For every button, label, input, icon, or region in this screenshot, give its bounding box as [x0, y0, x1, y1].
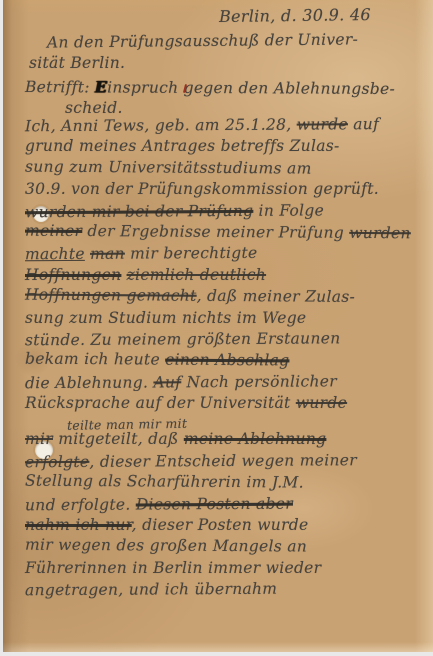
handwritten-text: , dieser Entscheid wegen meiner [89, 451, 357, 471]
handwritten-text: der Ergebnisse meiner Prüfung [82, 222, 349, 242]
handwritten-line: und erfolgte. Diesen Posten aber [25, 493, 429, 517]
struck-text: Diesen Posten aber [136, 494, 293, 513]
recipient-line-1: An den Prüfungsausschuß der Univer- [47, 32, 358, 51]
struck-text: man [90, 245, 125, 263]
handwritten-line: meiner der Ergebnisse meiner Prüfung wur… [25, 222, 429, 246]
handwritten-line: erfolgte, dieser Entscheid wegen meiner [25, 451, 429, 475]
handwritten-line: sung zum Studium nichts im Wege [25, 309, 429, 330]
handwritten-text: Rücksprache auf der Universität [25, 394, 296, 412]
handwritten-text: in Folge [253, 201, 324, 219]
handwritten-text: auf [348, 115, 379, 133]
handwritten-line: Führerinnen in Berlin immer wieder [25, 559, 429, 580]
handwritten-text: , dieser Posten wurde [132, 516, 309, 534]
handwritten-text: und erfolgte. [25, 495, 136, 514]
struck-text: wurde [296, 394, 347, 412]
handwritten-text: Stellung als Scharführerin im J.M. [25, 472, 304, 492]
handwritten-text: sung zum Studium nichts im Wege [25, 309, 306, 327]
struck-text: meine Ablehnung [184, 430, 327, 448]
handwritten-line: sung zum Universitätsstudiums am [25, 157, 429, 181]
handwritten-text: mir wegen des großen Mangels an [25, 536, 307, 556]
overwritten-initial: E [95, 77, 107, 96]
subject-line: Betrifft: Einspruch gegen den Ablehnungs… [25, 79, 395, 97]
struck-text: meiner [25, 222, 82, 240]
scanned-handwritten-letter: { "header": { "date": "Berlin, d. 30.9. … [0, 0, 433, 656]
letter-body: Ich, Anni Tews, geb. am 25.1.28, wurde a… [25, 116, 429, 602]
handwritten-line: 30.9. von der Prüfungskommission geprüft… [25, 180, 429, 201]
handwritten-text: Ich, Anni Tews, geb. am 25.1.28, [25, 116, 297, 136]
struck-text: wurden mir bei der Prüfung [25, 201, 253, 220]
handwritten-line: Ich, Anni Tews, geb. am 25.1.28, wurde a… [25, 115, 429, 139]
handwritten-text: 30.9. von der Prüfungskommission geprüft… [25, 180, 379, 198]
subject-prefix: Betrifft: [25, 78, 95, 96]
recipient-line-2: sität Berlin. [29, 56, 125, 72]
handwritten-line: Hoffnungen gemacht, daß meiner Zulas- [25, 286, 429, 310]
struck-text: Auf [153, 373, 181, 391]
struck-text: wurden [349, 224, 411, 242]
handwritten-text: mir berechtigte [125, 244, 258, 263]
struck-text: erfolgte [25, 453, 89, 471]
handwritten-line: mir mitgeteilt, daß meine Ablehnung [25, 430, 429, 451]
handwritten-line: bekam ich heute einen Abschlag [25, 350, 429, 374]
handwritten-text: angetragen, und ich übernahm [25, 580, 277, 600]
struck-text: Hoffnungen [25, 266, 121, 284]
struck-text: wurde [297, 115, 348, 133]
underlined-text: machte [25, 245, 85, 263]
handwritten-text: Führerinnen in Berlin immer wieder [25, 559, 321, 577]
handwritten-line: stünde. Zu meinem größten Erstaunen [25, 329, 429, 353]
handwritten-line: Stellung als Scharführerin im J.M. [25, 472, 429, 496]
aged-paper-sheet: Berlin, d. 30.9. 46 An den Prüfungsaussc… [3, 0, 433, 652]
handwritten-text: stünde. Zu meinem größten Erstaunen [25, 329, 341, 349]
handwritten-text: sung zum Universitätsstudiums am [25, 157, 312, 177]
struck-text: Hoffnungen gemacht [25, 286, 197, 305]
subject-line-2: scheid. [65, 101, 123, 117]
handwritten-line: die Ablehnung. Auf Nach persönlicher [25, 371, 429, 395]
handwritten-line: grund meines Antrages betreffs Zulas- [25, 137, 429, 158]
handwritten-line: mir wegen des großen Mangels an [25, 536, 429, 560]
handwritten-text: grund meines Antrages betreffs Zulas- [25, 137, 340, 155]
handwritten-line: wurden mir bei der Prüfung in Folge [25, 200, 429, 224]
handwritten-text: mitgeteilt, daß [53, 430, 184, 448]
handwritten-text: bekam ich heute [25, 350, 165, 369]
date-line: Berlin, d. 30.9. 46 [219, 7, 371, 25]
subject-rest: inspruch gegen den Ablehnungsbe- [107, 78, 395, 98]
struck-text: mir [25, 430, 53, 448]
handwritten-text: Nach persönlicher [181, 372, 337, 391]
struck-text: ziemlich deutlich [127, 266, 266, 284]
handwritten-line: nahm ich nur, dieser Posten wurde [25, 516, 429, 537]
handwritten-line: Hoffnungen ziemlich deutlich [25, 266, 429, 287]
handwritten-text: , daß meiner Zulas- [197, 287, 356, 306]
struck-text: einen Abschlag [165, 351, 289, 370]
handwritten-line: machte man mir berechtigte [25, 243, 429, 267]
handwritten-text: die Ablehnung. [25, 373, 154, 392]
struck-text: nahm ich nur [25, 516, 132, 534]
handwritten-line: angetragen, und ich übernahm [25, 579, 429, 603]
